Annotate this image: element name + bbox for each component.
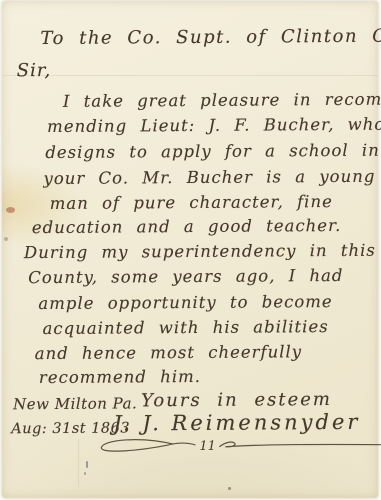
letter-photo: To the Co. Supt. of Clinton Co. Sir, I t… (0, 0, 381, 500)
letter-line: ample opportunity to become (38, 292, 332, 313)
letter-paper: To the Co. Supt. of Clinton Co. Sir, I t… (2, 1, 378, 498)
letter-line: recommend him. (39, 367, 201, 387)
signature-flourish: 11 (95, 433, 381, 461)
flourish-left-swash (101, 439, 195, 451)
flourish-right-swash (219, 441, 381, 447)
letter-line: your Co. Mr. Bucher is a young (43, 167, 375, 188)
letter-line: designs to apply for a school in (45, 141, 380, 162)
signature: J. J. Reimensnyder (113, 410, 360, 436)
letter-line: and hence most cheerfully (35, 342, 302, 363)
letter-line: education and a good teacher. (32, 216, 342, 237)
closing-place: New Milton Pa. (13, 394, 137, 413)
letter-line: I take great pleasure in recom- (63, 90, 381, 111)
flourish-mark: 11 (199, 439, 216, 454)
handwriting-layer: To the Co. Supt. of Clinton Co. Sir, I t… (0, 0, 379, 499)
closing-valediction: Yours in esteem (141, 389, 332, 411)
letter-heading: To the Co. Supt. of Clinton Co. (40, 25, 381, 49)
letter-salutation: Sir, (17, 60, 52, 81)
letter-line: During my superintendency in this (24, 241, 376, 262)
letter-line: man of pure character, fine (50, 192, 333, 213)
letter-line: acquainted with his abilities (42, 317, 328, 338)
letter-line: County, some years ago, I had (28, 266, 343, 287)
letter-line: mending Lieut: J. F. Bucher, who (47, 115, 381, 136)
